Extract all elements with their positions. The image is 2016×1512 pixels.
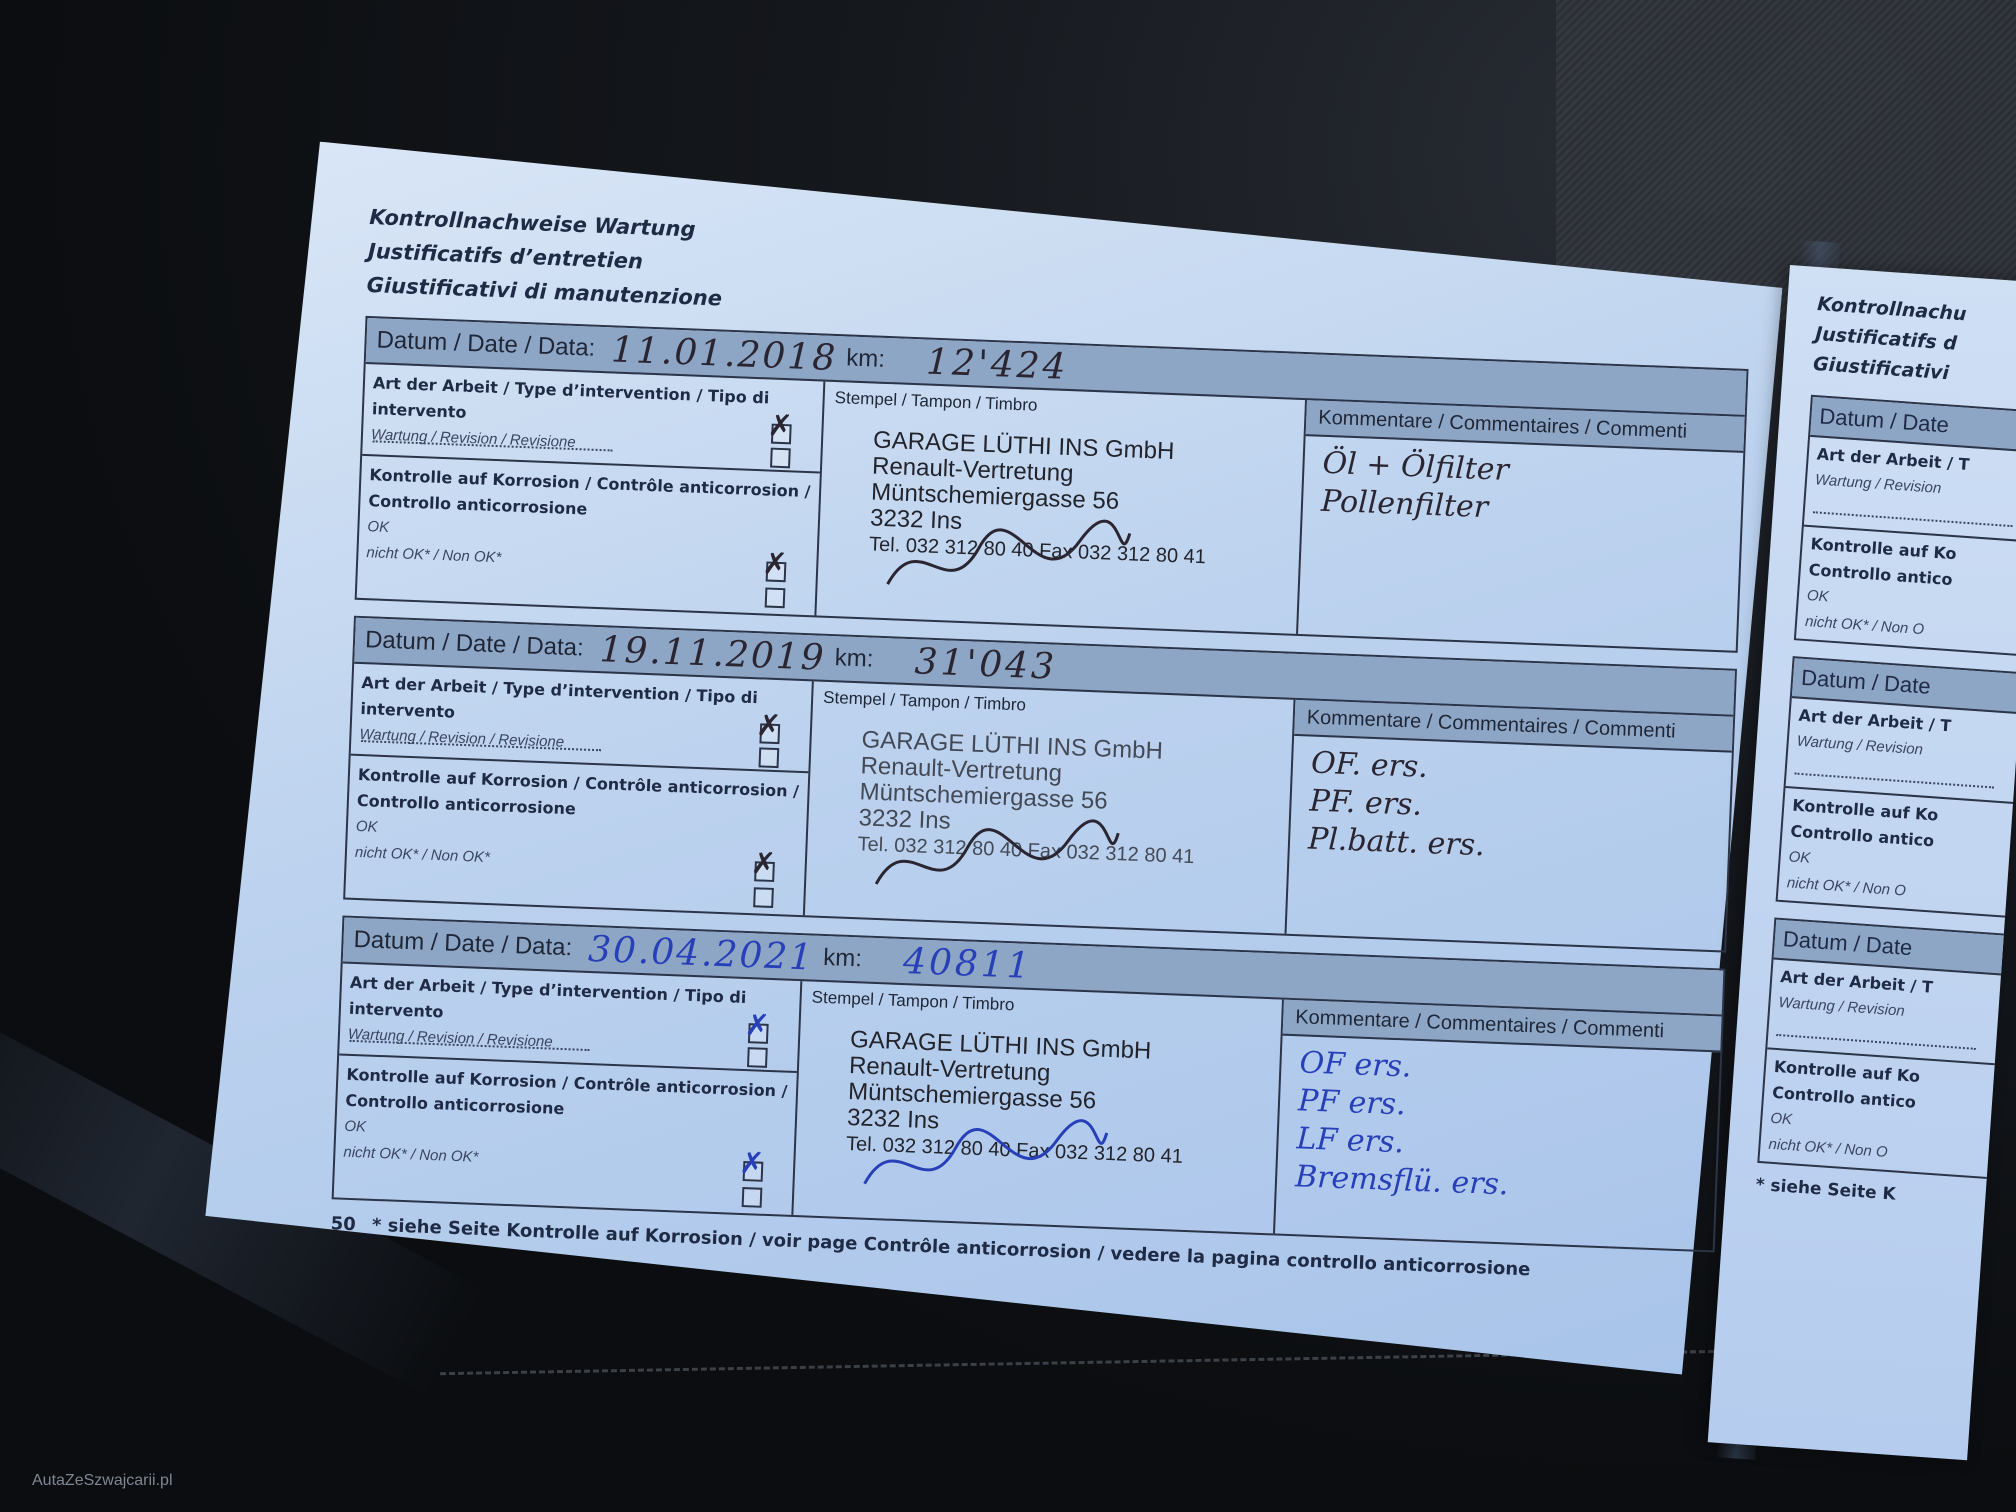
right-page-content: Kontrollnachu Justificatifs d Giustifica… (1755, 289, 2016, 1216)
stamp-column: Stempel / Tampon / Timbro GARAGE LÜTHI I… (805, 681, 1296, 933)
comments-list[interactable]: Öl + ÖlfilterPollenfilter (1302, 436, 1743, 545)
corrosion-cell: Kontrolle auf Korrosion / Contrôle antic… (345, 756, 808, 915)
watermark: AutaZeSzwajcarii.pl (32, 1472, 173, 1490)
comments-list[interactable]: OF. ers.PF. ers.Pl.batt. ers. (1289, 736, 1732, 883)
service-entry: Datum / Date / Data: 19.11.2019 km: 31'0… (343, 616, 1737, 953)
ok-checkbox[interactable] (754, 861, 775, 882)
service-record-page: Kontrollnachweise Wartung Justificatifs … (330, 200, 1769, 1288)
maintenance-checkbox[interactable] (748, 1023, 769, 1044)
right-corr-cell: Kontrolle auf Ko Controllo antico OK nic… (1796, 527, 2016, 657)
corrosion-cell: Kontrolle auf Korrosion / Contrôle antic… (334, 1055, 797, 1214)
work-column: Art der Arbeit / Type d’intervention / T… (334, 964, 803, 1215)
not-ok-checkbox[interactable] (753, 887, 774, 908)
signature-icon (853, 1103, 1117, 1223)
ok-checkbox[interactable] (743, 1161, 764, 1182)
km-label: km: (823, 944, 863, 973)
service-entry: Datum / Date / Data: 30.04.2021 km: 4081… (332, 915, 1726, 1252)
not-ok-checkbox[interactable] (742, 1187, 763, 1208)
date-label: Datum / Date / Data: (343, 926, 573, 963)
right-page-entry: Datum / Date Art der Arbeit / T Wartung … (1757, 918, 2016, 1182)
date-value[interactable]: 30.04.2021 (587, 928, 815, 978)
dotted-line (1794, 773, 1994, 789)
signature-icon (865, 804, 1129, 924)
date-value[interactable]: 19.11.2019 (599, 629, 827, 679)
ok-checkbox[interactable] (766, 561, 787, 582)
work-column: Art der Arbeit / Type d’intervention / T… (357, 364, 826, 615)
date-label: Datum / Date / Data: (355, 626, 585, 663)
corrosion-cell: Kontrolle auf Korrosion / Contrôle antic… (357, 456, 820, 615)
km-label: km: (846, 344, 886, 373)
page-number: 50 (330, 1213, 356, 1235)
maintenance-checkbox[interactable] (771, 424, 792, 445)
comments-column: Kommentare / Commentaires / Commenti OF.… (1287, 700, 1734, 951)
right-corr-cell: Kontrolle auf Ko Controllo antico OK nic… (1778, 788, 2016, 918)
service-entries: Datum / Date / Data: 11.01.2018 km: 12'4… (332, 316, 1765, 1253)
km-label: km: (834, 644, 874, 673)
comments-column: Kommentare / Commentaires / Commenti OF … (1275, 1000, 1722, 1251)
right-corr-cell: Kontrolle auf Ko Controllo antico OK nic… (1759, 1049, 2016, 1179)
date-label: Datum / Date / Data: (366, 326, 596, 363)
km-value[interactable]: 31'043 (914, 641, 1058, 687)
comments-column: Kommentare / Commentaires / Commenti Öl … (1298, 400, 1745, 651)
work-type-cell: Art der Arbeit / Type d’intervention / T… (339, 964, 800, 1074)
right-page-entry: Datum / Date Art der Arbeit / T Wartung … (1776, 656, 2016, 920)
dotted-line (1776, 1034, 1976, 1050)
date-value[interactable]: 11.01.2018 (610, 329, 838, 379)
maintenance-checkbox[interactable] (759, 723, 780, 744)
other-work-checkbox[interactable] (747, 1047, 768, 1068)
stamp-column: Stempel / Tampon / Timbro GARAGE LÜTHI I… (816, 382, 1307, 634)
work-type-cell: Art der Arbeit / Type d’intervention / T… (351, 664, 812, 774)
km-value[interactable]: 40811 (902, 941, 1033, 987)
other-work-checkbox[interactable] (770, 448, 791, 469)
work-type-cell: Art der Arbeit / Type d’intervention / T… (362, 364, 823, 474)
km-value[interactable]: 12'424 (925, 341, 1069, 387)
service-entry: Datum / Date / Data: 11.01.2018 km: 12'4… (355, 316, 1749, 653)
stamp-column: Stempel / Tampon / Timbro GARAGE LÜTHI I… (793, 981, 1284, 1233)
right-page-entry: Datum / Date Art der Arbeit / T Wartung … (1794, 395, 2016, 659)
signature-icon (876, 504, 1140, 624)
comments-list[interactable]: OF ers.PF ers.LF ers.Bremsflü. ers. (1276, 1036, 1720, 1221)
work-column: Art der Arbeit / Type d’intervention / T… (345, 664, 814, 915)
dotted-line (1813, 511, 2013, 527)
right-footnote: * siehe Seite K (1755, 1175, 2016, 1216)
other-work-checkbox[interactable] (759, 747, 780, 768)
not-ok-checkbox[interactable] (765, 587, 786, 608)
